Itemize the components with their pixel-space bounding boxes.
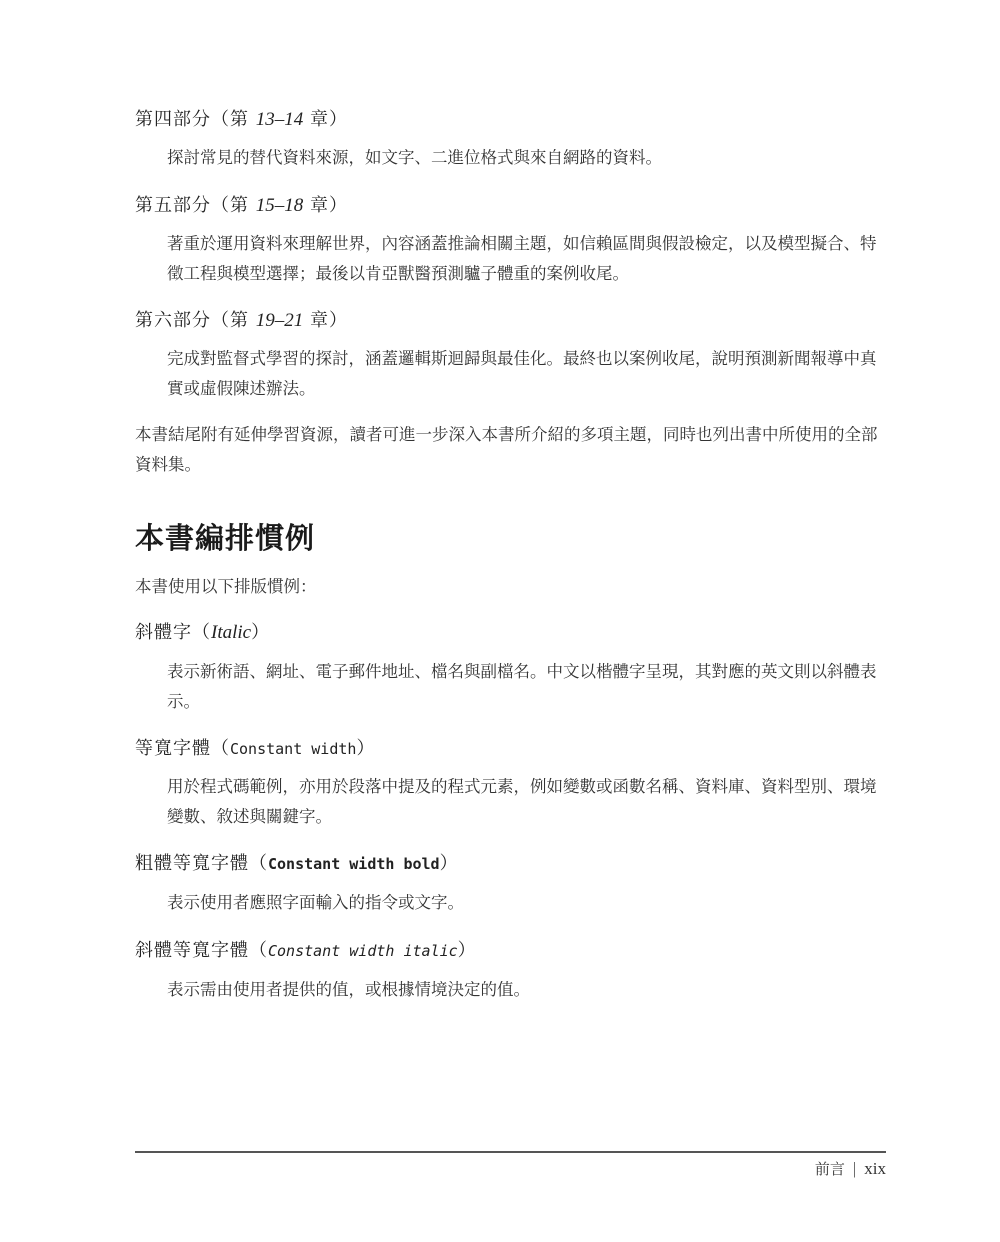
part-4-description: 探討常見的替代資料來源，如文字、二進位格式與來自網路的資料。 [167, 143, 889, 173]
part-6-description: 完成對監督式學習的探討，涵蓋邏輯斯迴歸與最佳化。最終也以案例收尾，說明預測新聞報… [167, 344, 889, 404]
footer-rule [135, 1151, 886, 1153]
convention-italic-term: 斜體字（Italic） [135, 618, 270, 644]
part-5-description: 著重於運用資料來理解世界，內容涵蓋推論相關主題，如信賴區間與假設檢定，以及模型擬… [167, 229, 889, 289]
term-label: 斜體等寬字體（ [135, 940, 268, 961]
part-5-heading: 第五部分（第 15–18 章） [135, 191, 348, 217]
part-label-end: 章） [303, 310, 348, 331]
term-label: 等寬字體（ [135, 738, 230, 759]
convention-constant-width-italic-description: 表示需由使用者提供的值，或根據情境決定的值。 [167, 975, 889, 1005]
page-footer: 前言|xix [815, 1158, 886, 1179]
chapter-range: 19–21 [256, 310, 304, 331]
part-label: 第四部分（第 [135, 109, 256, 130]
part-4-heading: 第四部分（第 13–14 章） [135, 105, 348, 131]
term-label-end: ） [356, 738, 375, 759]
chapter-range: 15–18 [256, 195, 304, 216]
part-label: 第五部分（第 [135, 195, 256, 216]
conventions-intro: 本書使用以下排版慣例： [135, 572, 317, 602]
part-label-end: 章） [303, 109, 348, 130]
part-label-end: 章） [303, 195, 348, 216]
term-label-end: ） [251, 622, 270, 643]
term-label-end: ） [458, 940, 477, 961]
term-label-end: ） [440, 853, 459, 874]
term-sample: Italic [211, 622, 251, 643]
footer-separator: | [853, 1159, 856, 1178]
term-sample: Constant width italic [268, 942, 458, 960]
part-label: 第六部分（第 [135, 310, 256, 331]
footer-section: 前言 [815, 1160, 845, 1178]
convention-constant-width-term: 等寬字體（Constant width） [135, 734, 375, 760]
term-sample: Constant width [230, 740, 356, 758]
convention-constant-width-italic-term: 斜體等寬字體（Constant width italic） [135, 936, 477, 962]
convention-italic-description: 表示新術語、網址、電子郵件地址、檔名與副檔名。中文以楷體字呈現，其對應的英文則以… [167, 657, 889, 717]
term-label: 粗體等寬字體（ [135, 853, 268, 874]
section-heading: 本書編排慣例 [135, 516, 315, 557]
page-number: xix [864, 1159, 886, 1178]
closing-paragraph: 本書結尾附有延伸學習資源，讀者可進一步深入本書所介紹的多項主題，同時也列出書中所… [135, 420, 889, 480]
part-6-heading: 第六部分（第 19–21 章） [135, 306, 348, 332]
term-sample: Constant width bold [268, 855, 440, 873]
convention-constant-width-description: 用於程式碼範例，亦用於段落中提及的程式元素，例如變數或函數名稱、資料庫、資料型別… [167, 772, 889, 832]
term-label: 斜體字（ [135, 622, 211, 643]
chapter-range: 13–14 [256, 109, 304, 130]
convention-constant-width-bold-description: 表示使用者應照字面輸入的指令或文字。 [167, 888, 889, 918]
convention-constant-width-bold-term: 粗體等寬字體（Constant width bold） [135, 849, 459, 875]
